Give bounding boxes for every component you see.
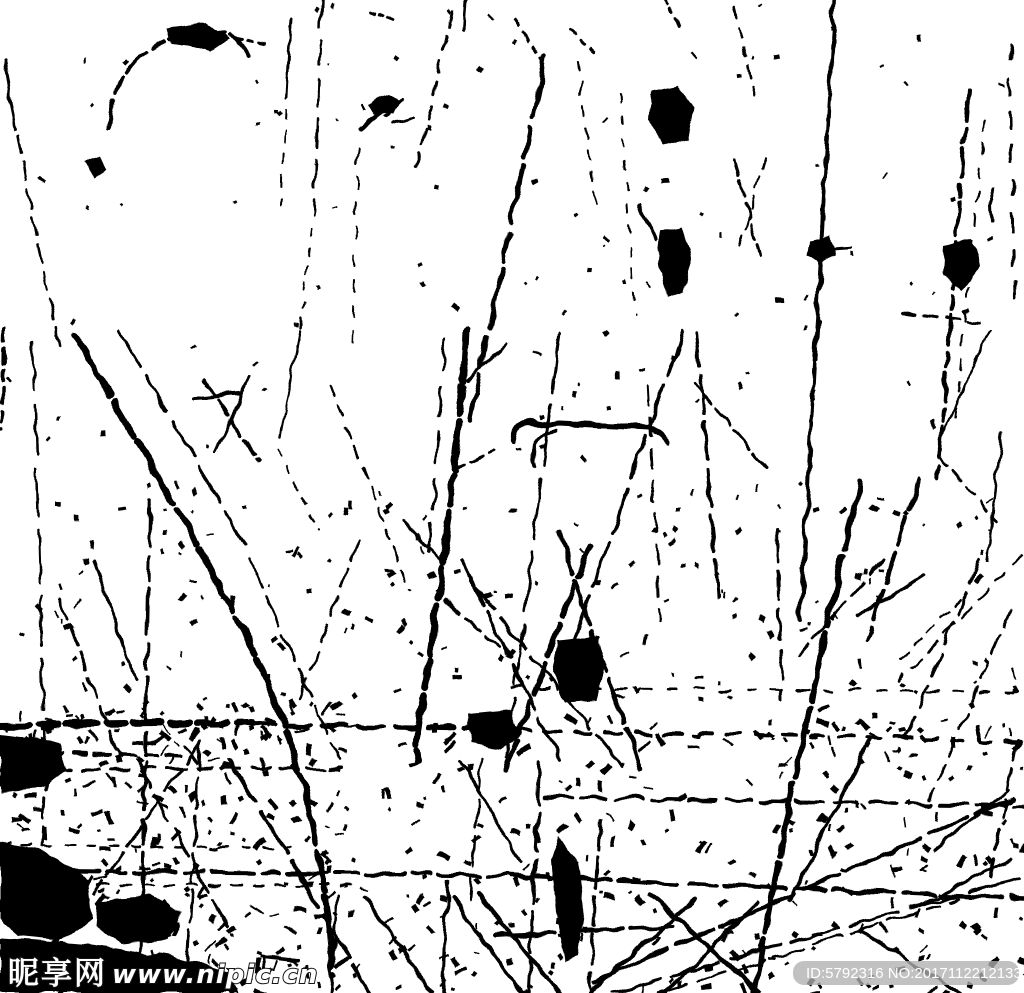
site-watermark-cn: 昵享网 bbox=[8, 956, 107, 992]
site-watermark: 昵享网 www.nipic.cn bbox=[8, 956, 318, 992]
id-watermark: ID:5792316 NO:20171122121333060927 bbox=[793, 961, 1024, 985]
scratch-texture-canvas: 昵享网 www.nipic.cn ID:5792316 NO:201711221… bbox=[0, 0, 1024, 993]
id-watermark-text: ID:5792316 NO:20171122121333060927 bbox=[806, 965, 1024, 982]
site-watermark-url: www.nipic.cn bbox=[112, 960, 318, 990]
texture-image: 昵享网 www.nipic.cn ID:5792316 NO:201711221… bbox=[0, 0, 1024, 993]
